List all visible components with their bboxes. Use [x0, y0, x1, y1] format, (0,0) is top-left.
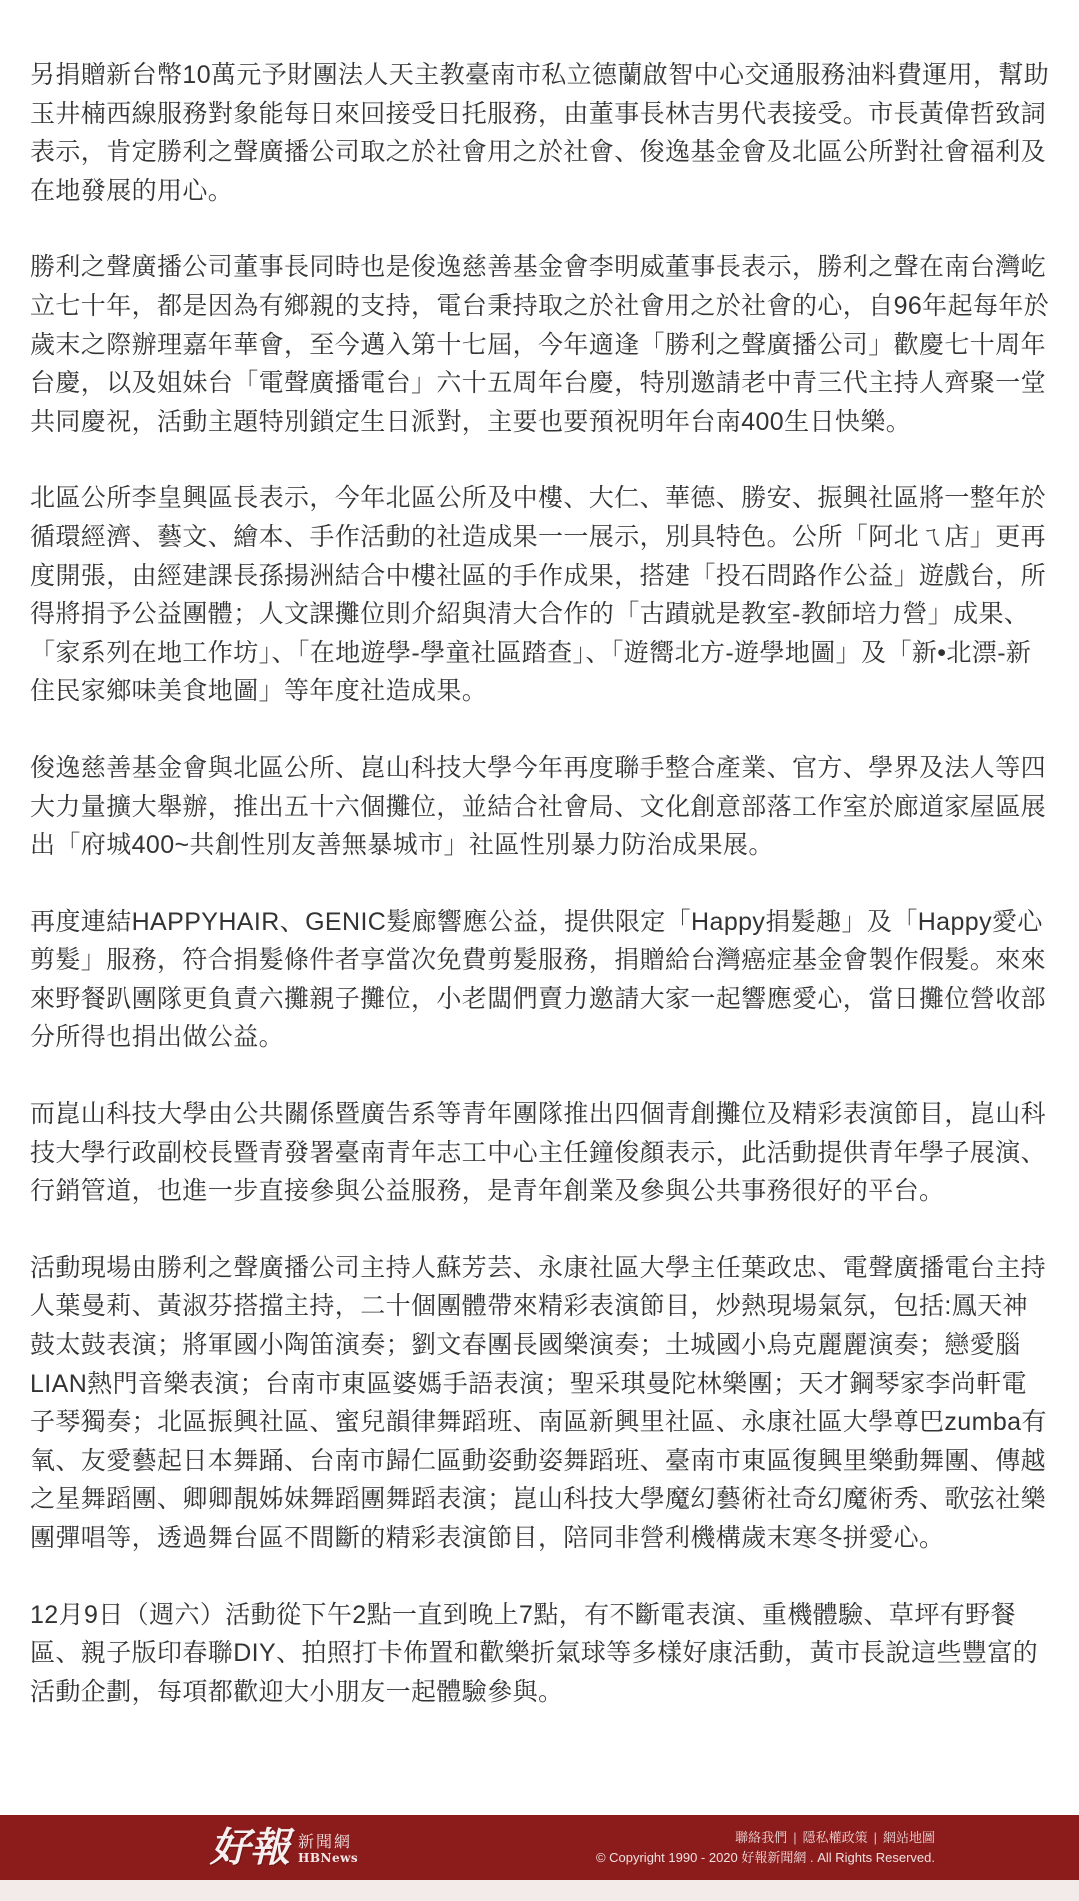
copyright-notice: © Copyright 1990 - 2020 好報新聞網 . All Righ… [596, 1848, 935, 1868]
article-paragraph: 另捐贈新台幣10萬元予財團法人天主教臺南市私立德蘭啟智中心交通服務油料費運用，幫… [30, 56, 1050, 210]
site-logo-subtitle-cn: 新聞網 [298, 1835, 358, 1852]
footer-link-sitemap[interactable]: 網站地圖 [883, 1830, 935, 1845]
footer-link-privacy[interactable]: 隱私權政策 [803, 1830, 868, 1845]
footer-link-separator: | [874, 1830, 877, 1845]
footer-link-separator: | [793, 1830, 796, 1845]
news-article-page: 另捐贈新台幣10萬元予財團法人天主教臺南市私立德蘭啟智中心交通服務油料費運用，幫… [0, 0, 1079, 1901]
article-paragraph: 12月9日（週六）活動從下午2點一直到晚上7點，有不斷電表演、重機體驗、草坪有野… [30, 1596, 1050, 1712]
footer-inner: 好報 新聞網 HBNews 聯絡我們|隱私權政策|網站地圖 © Copyrigh… [0, 1815, 1079, 1880]
footer-bottom-strip [0, 1880, 1079, 1901]
site-logo-subtitle: 新聞網 HBNews [298, 1831, 358, 1864]
site-logo[interactable]: 好報 新聞網 HBNews [210, 1828, 358, 1868]
article-paragraph: 而崑山科技大學由公共關係暨廣告系等青年團隊推出四個青創攤位及精彩表演節目，崑山科… [30, 1095, 1050, 1211]
footer-text-block: 聯絡我們|隱私權政策|網站地圖 © Copyright 1990 - 2020 … [596, 1828, 935, 1868]
footer: 好報 新聞網 HBNews 聯絡我們|隱私權政策|網站地圖 © Copyrigh… [0, 1815, 1079, 1880]
article-paragraph: 勝利之聲廣播公司董事長同時也是俊逸慈善基金會李明威董事長表示，勝利之聲在南台灣屹… [30, 248, 1050, 441]
footer-links: 聯絡我們|隱私權政策|網站地圖 [596, 1828, 935, 1848]
site-logo-subtitle-en: HBNews [298, 1852, 358, 1865]
footer-link-contact[interactable]: 聯絡我們 [735, 1830, 787, 1845]
site-logo-wordmark: 好報 [210, 1828, 290, 1868]
article-paragraph: 北區公所李皇興區長表示，今年北區公所及中樓、大仁、華德、勝安、振興社區將一整年於… [30, 479, 1050, 711]
article-paragraph: 再度連結HAPPYHAIR、GENIC髮廊響應公益，提供限定「Happy捐髮趣」… [30, 903, 1050, 1057]
article-paragraph: 俊逸慈善基金會與北區公所、崑山科技大學今年再度聯手整合產業、官方、學界及法人等四… [30, 749, 1050, 865]
article-paragraph: 活動現場由勝利之聲廣播公司主持人蘇芳芸、永康社區大學主任葉政忠、電聲廣播電台主持… [30, 1249, 1050, 1558]
article-body: 另捐贈新台幣10萬元予財團法人天主教臺南市私立德蘭啟智中心交通服務油料費運用，幫… [30, 56, 1050, 1749]
